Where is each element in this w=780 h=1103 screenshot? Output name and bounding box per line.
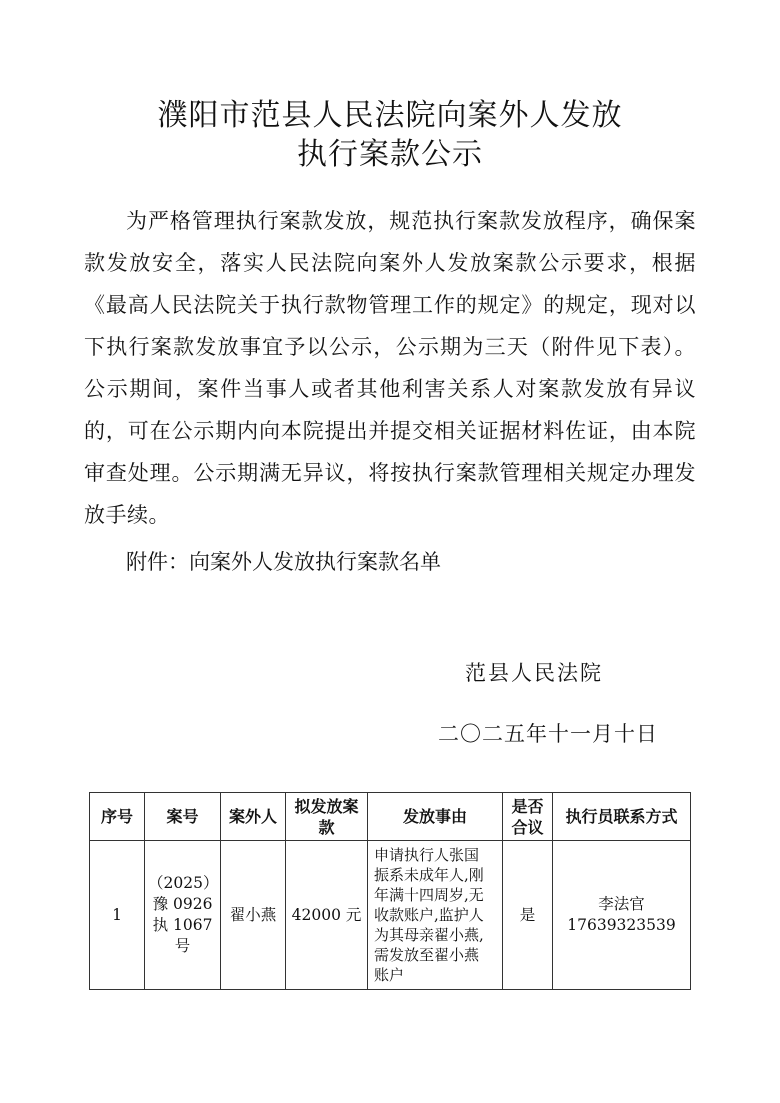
col-header-amount: 拟发放案 款 xyxy=(286,793,368,841)
title-line-1: 濮阳市范县人民法院向案外人发放 xyxy=(0,96,780,135)
col-header-contact: 执行员联系方式 xyxy=(553,793,691,841)
cell-panel: 是 xyxy=(503,841,553,990)
col-header-case-number: 案号 xyxy=(145,793,221,841)
title-line-2: 执行案款公示 xyxy=(0,135,780,174)
cell-amount: 42000 元 xyxy=(286,841,368,990)
document-date: 二〇二五年十一月十日 xyxy=(0,720,780,748)
document-page: 濮阳市范县人民法院向案外人发放 执行案款公示 为严格管理执行案款发放，规范执行案… xyxy=(0,0,780,1103)
cell-reason: 申请执行人张国 振系未成年人,刚 年满十四周岁,无 收款账户,监护人 为其母亲翟… xyxy=(368,841,503,990)
cell-outsider: 翟小燕 xyxy=(221,841,286,990)
col-header-panel: 是否 合议 xyxy=(503,793,553,841)
court-signature: 范县人民法院 xyxy=(0,659,780,687)
table-row: 1 （2025） 豫 0926 执 1067 号 翟小燕 42000 元 申请执… xyxy=(90,841,691,990)
cell-seq: 1 xyxy=(90,841,145,990)
attachment-line: 附件：向案外人发放执行案款名单 xyxy=(84,541,696,583)
body-paragraph: 为严格管理执行案款发放，规范执行案款发放程序，确保案款发放安全，落实人民法院向案… xyxy=(84,200,696,536)
case-fund-table: 序号 案号 案外人 拟发放案 款 发放事由 是否 合议 执行员联系方式 1 （2… xyxy=(89,792,691,990)
col-header-seq: 序号 xyxy=(90,793,145,841)
col-header-reason: 发放事由 xyxy=(368,793,503,841)
table-header-row: 序号 案号 案外人 拟发放案 款 发放事由 是否 合议 执行员联系方式 xyxy=(90,793,691,841)
document-title: 濮阳市范县人民法院向案外人发放 执行案款公示 xyxy=(0,0,780,174)
col-header-outsider: 案外人 xyxy=(221,793,286,841)
cell-contact: 李法官 17639323539 xyxy=(553,841,691,990)
cell-case-number: （2025） 豫 0926 执 1067 号 xyxy=(145,841,221,990)
